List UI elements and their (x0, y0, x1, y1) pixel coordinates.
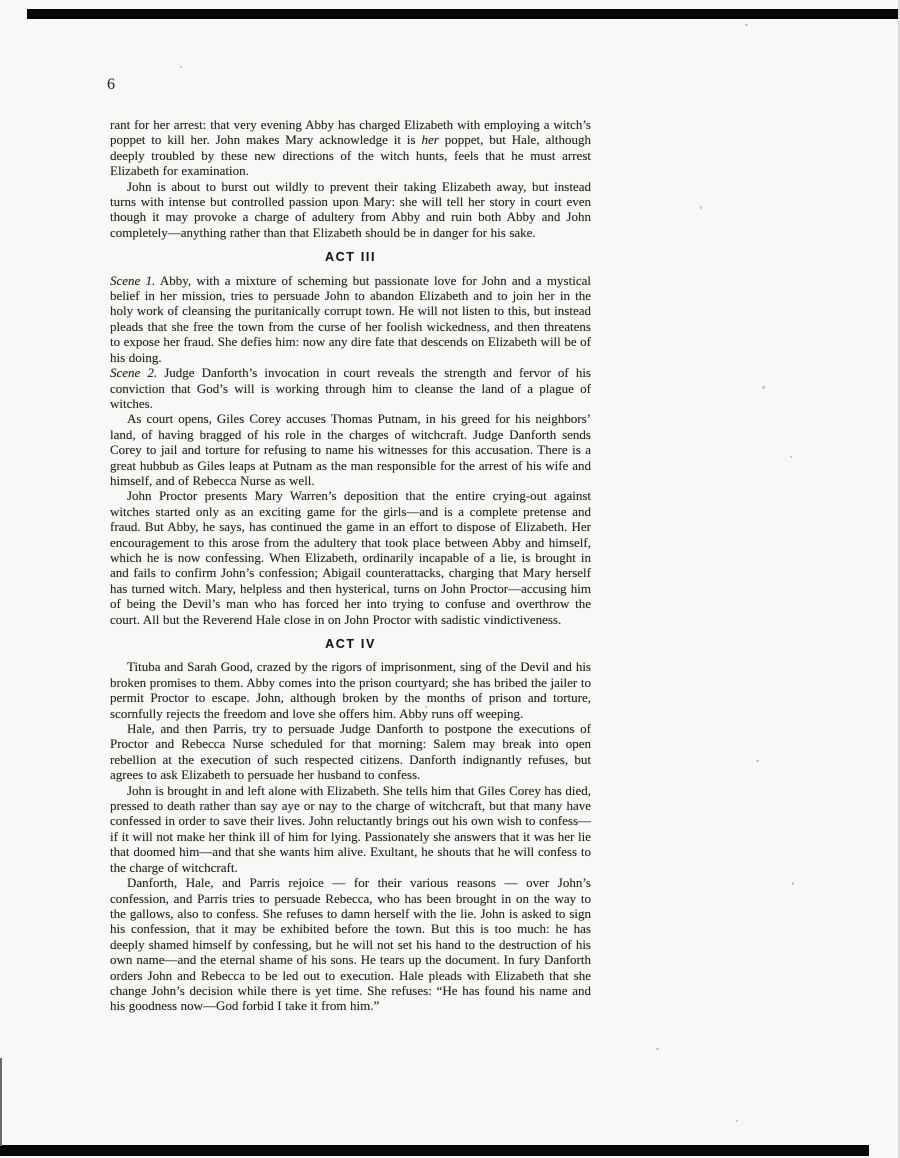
paragraph: Danforth, Hale, and Parris rejoice — for… (110, 875, 591, 1014)
scan-speck (700, 206, 702, 209)
scan-speck (180, 66, 182, 68)
paragraph: Scene 2. Judge Danforth’s invocation in … (110, 365, 591, 411)
paragraph: rant for her arrest: that very evening A… (110, 117, 591, 179)
body-text: Judge Danforth’s invocation in court rev… (110, 365, 591, 411)
paragraph: As court opens, Giles Corey accuses Thom… (110, 411, 591, 488)
paragraph: Scene 1. Abby, with a mixture of schemin… (110, 273, 591, 365)
paragraph: Hale, and then Parris, try to persuade J… (110, 721, 591, 783)
body-text: Abby, with a mixture of scheming but pas… (110, 273, 591, 365)
italic-text: her (421, 132, 438, 147)
act-heading: ACT IV (110, 637, 591, 652)
scan-speck (656, 1048, 659, 1050)
scan-speck (736, 1120, 738, 1122)
scan-speck (756, 760, 759, 762)
paragraph: John is about to burst out wildly to pre… (110, 179, 591, 241)
scan-speck (745, 24, 748, 26)
scan-speck (790, 456, 792, 458)
act-heading: ACT III (110, 250, 591, 265)
page-number: 6 (107, 76, 115, 94)
page-text-column: rant for her arrest: that very evening A… (110, 117, 591, 1014)
italic-text: Scene 2. (110, 365, 157, 380)
scan-artifact-top-bar (27, 9, 900, 19)
paragraph: Tituba and Sarah Good, crazed by the rig… (110, 659, 591, 721)
scan-speck (425, 706, 427, 708)
italic-text: Scene 1. (110, 273, 155, 288)
scan-artifact-bottom-bar (0, 1145, 869, 1156)
scanned-book-page: 6 rant for her arrest: that very evening… (0, 0, 900, 1158)
paragraph: John Proctor presents Mary Warren’s depo… (110, 488, 591, 627)
scan-speck (792, 882, 794, 885)
scan-speck (762, 386, 765, 389)
scan-artifact-left-edge (0, 1058, 2, 1146)
paragraph: John is brought in and left alone with E… (110, 783, 591, 875)
